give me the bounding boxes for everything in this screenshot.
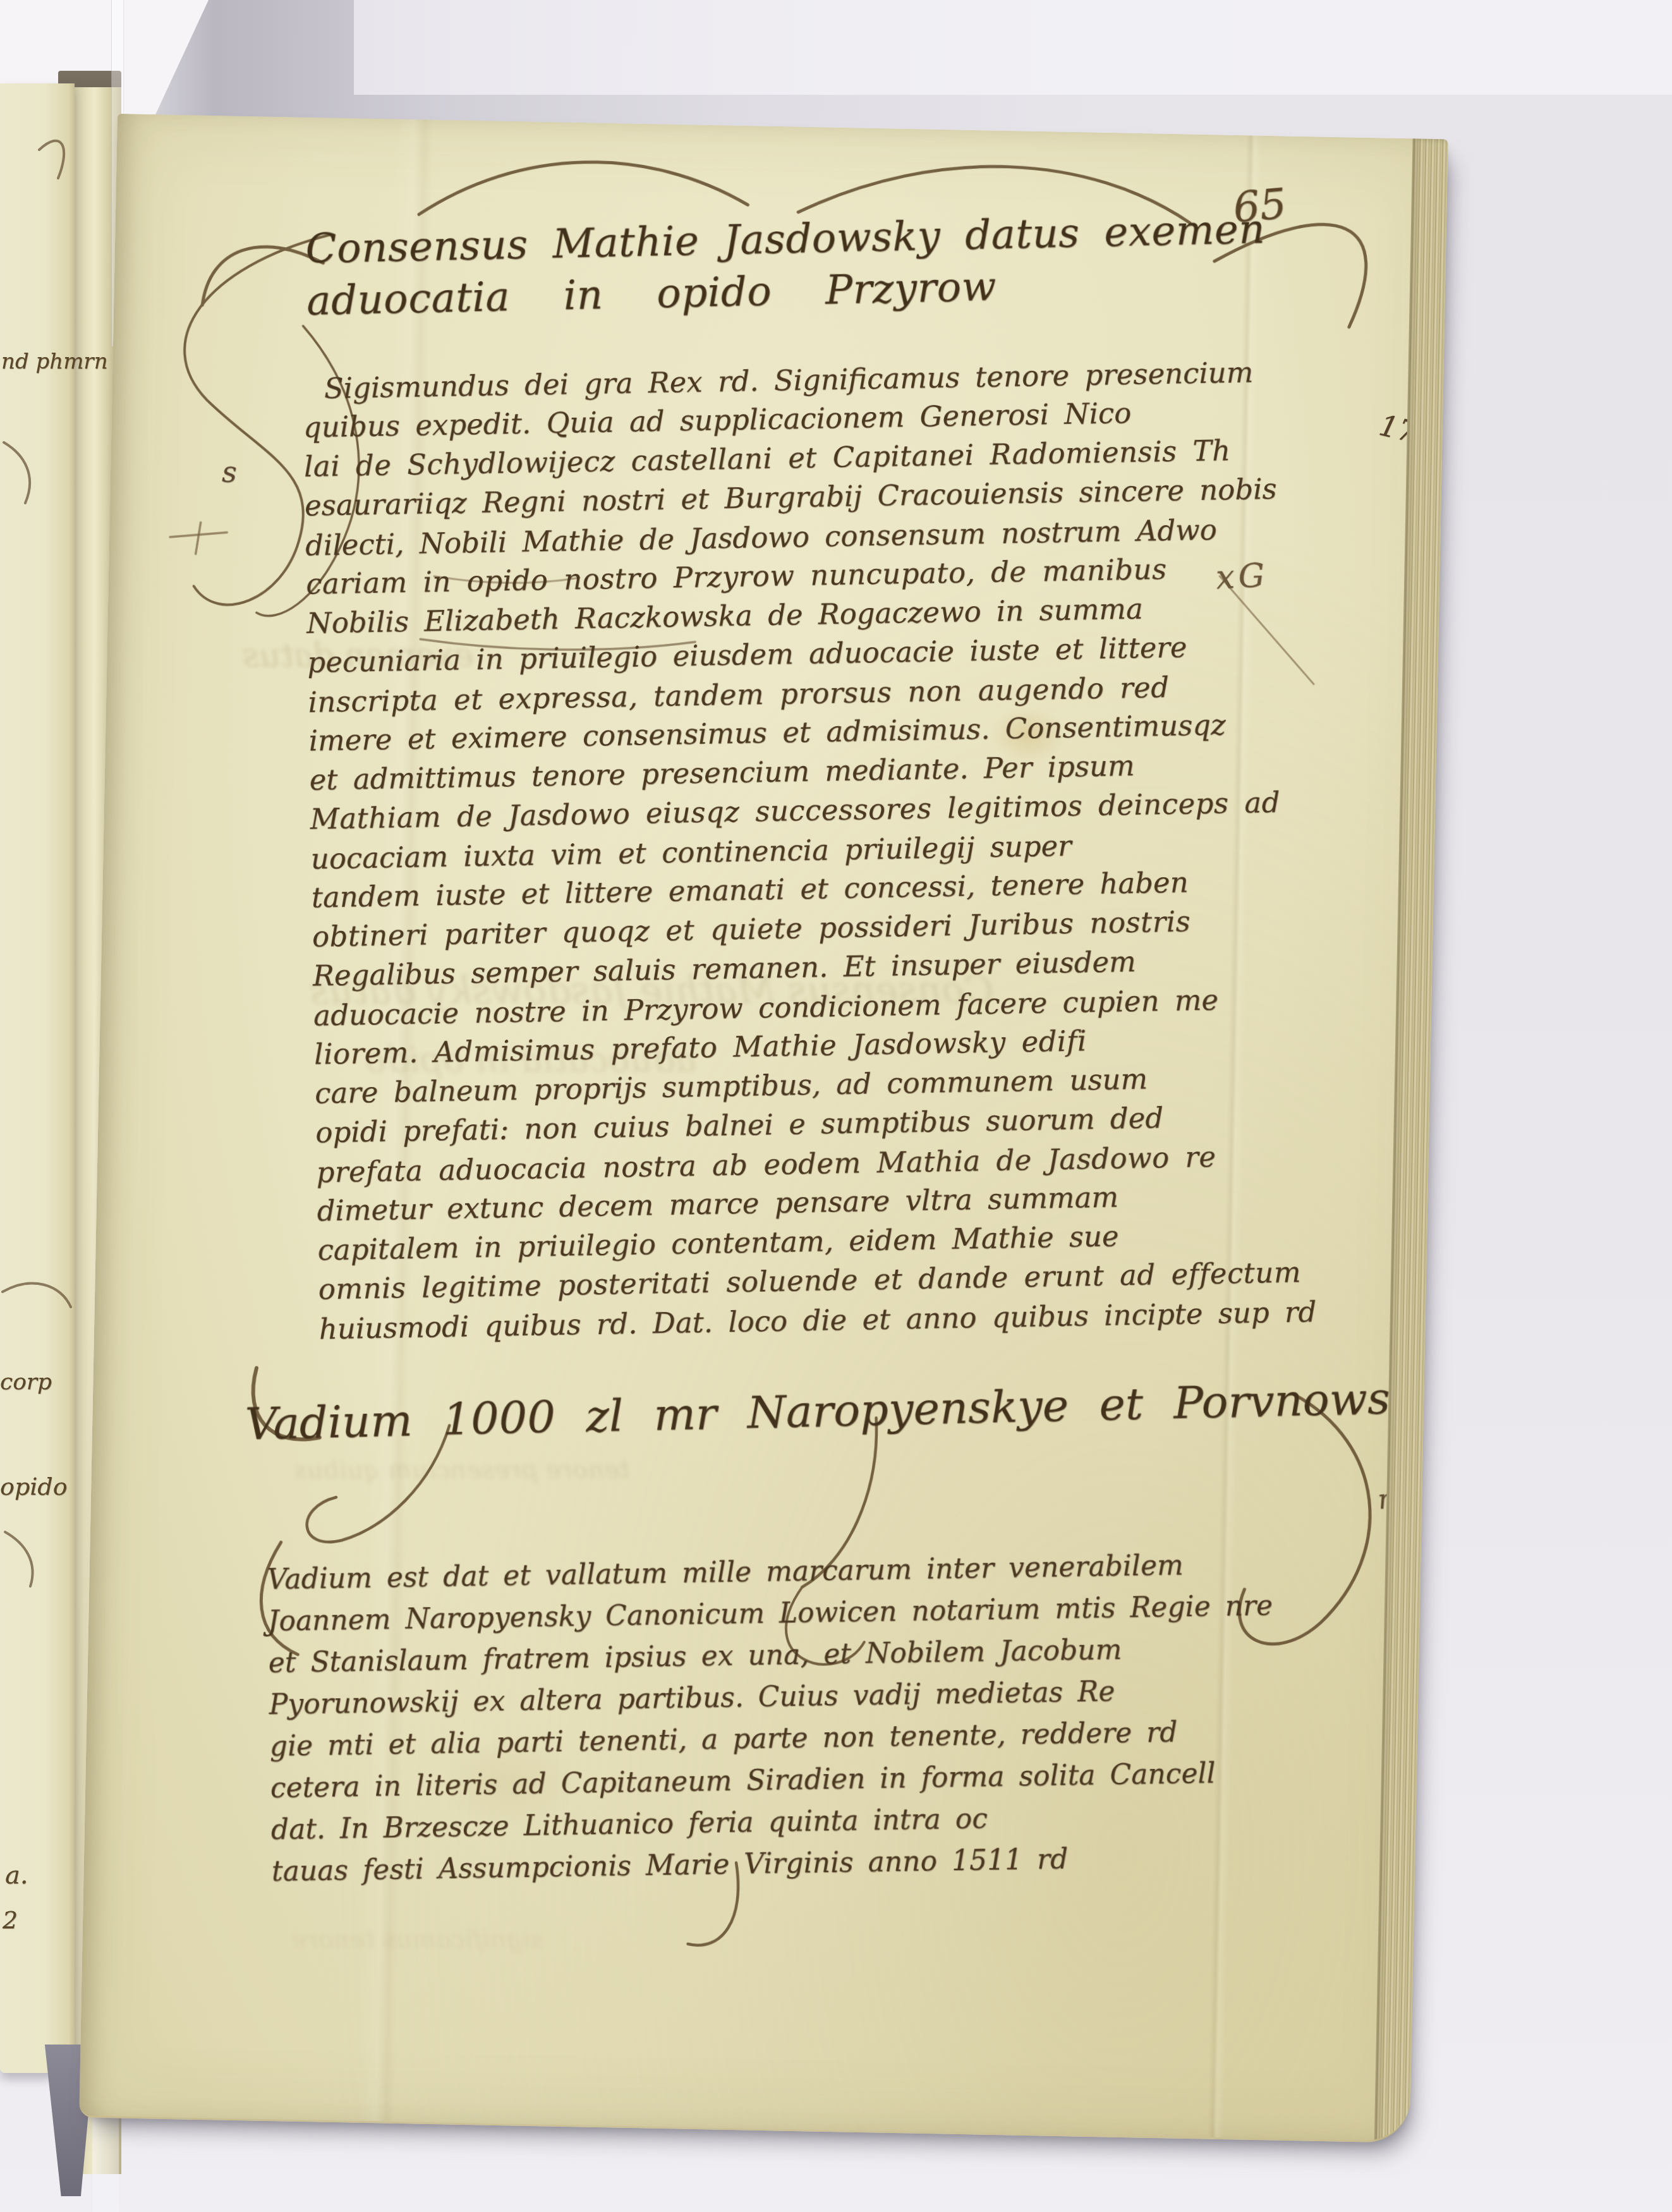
previous-page-text-fragment: a. — [5, 1861, 28, 1890]
ink-showthrough-line: tenore presencium quibus — [294, 1455, 629, 1485]
previous-page-text-fragment: 2 — [3, 1906, 18, 1934]
guide-letter: s — [222, 454, 238, 489]
entry1-heading: Consensus Mathie Jasdowsky datus exemen … — [305, 204, 1267, 327]
previous-page-text-fragment: opido — [0, 1473, 68, 1500]
backdrop-sheet-top-right — [354, 0, 1672, 95]
entry2-heading: Vadium 1000 zl mr Naropyenskye et Porvno… — [245, 1371, 1417, 1450]
ink-showthrough-line: significamus tenore — [291, 1924, 544, 1954]
entry1-body: Sigismundus dei gra Rex rd. Significamus… — [302, 351, 1316, 1348]
previous-page-text-fragment: nd phmrn — [1, 349, 108, 374]
entry2-body: Vadium est dat et vallatum mille marcaru… — [267, 1543, 1277, 1893]
previous-page-edge: nd phmrn corp opido a. 2 — [0, 83, 75, 2073]
previous-page-flourishes — [0, 83, 75, 2073]
manuscript-photo: { "doc": { "page_number": "65", "folio_m… — [0, 0, 1672, 2212]
manuscript-page: exemen datus Consensus Mathie Jasdowsky … — [79, 114, 1448, 2143]
previous-page-text-fragment: corp — [0, 1369, 52, 1395]
